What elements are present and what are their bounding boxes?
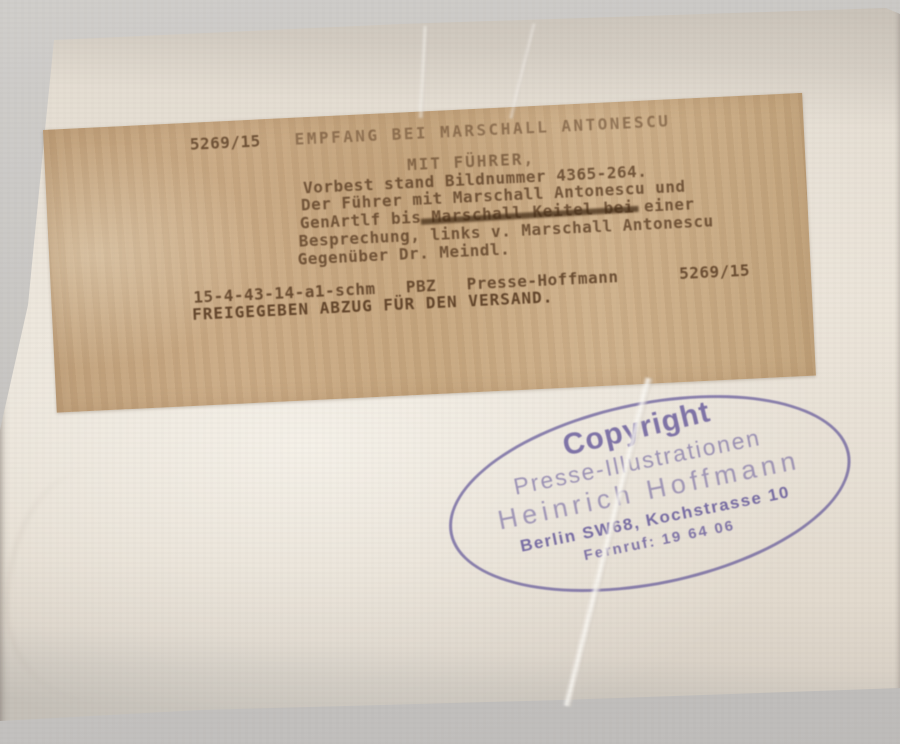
caption-label: 5269/15EMPFANG BEI MARSCHALL ANTONESCU M…: [43, 93, 816, 413]
photo-verso-scene: 5269/15EMPFANG BEI MARSCHALL ANTONESCU M…: [0, 0, 900, 744]
caption-headline: EMPFANG BEI MARSCHALL ANTONESCU: [294, 111, 671, 148]
caption-headline-line: 5269/15EMPFANG BEI MARSCHALL ANTONESCU: [190, 113, 671, 152]
photo-number: 5269/15: [189, 131, 261, 153]
